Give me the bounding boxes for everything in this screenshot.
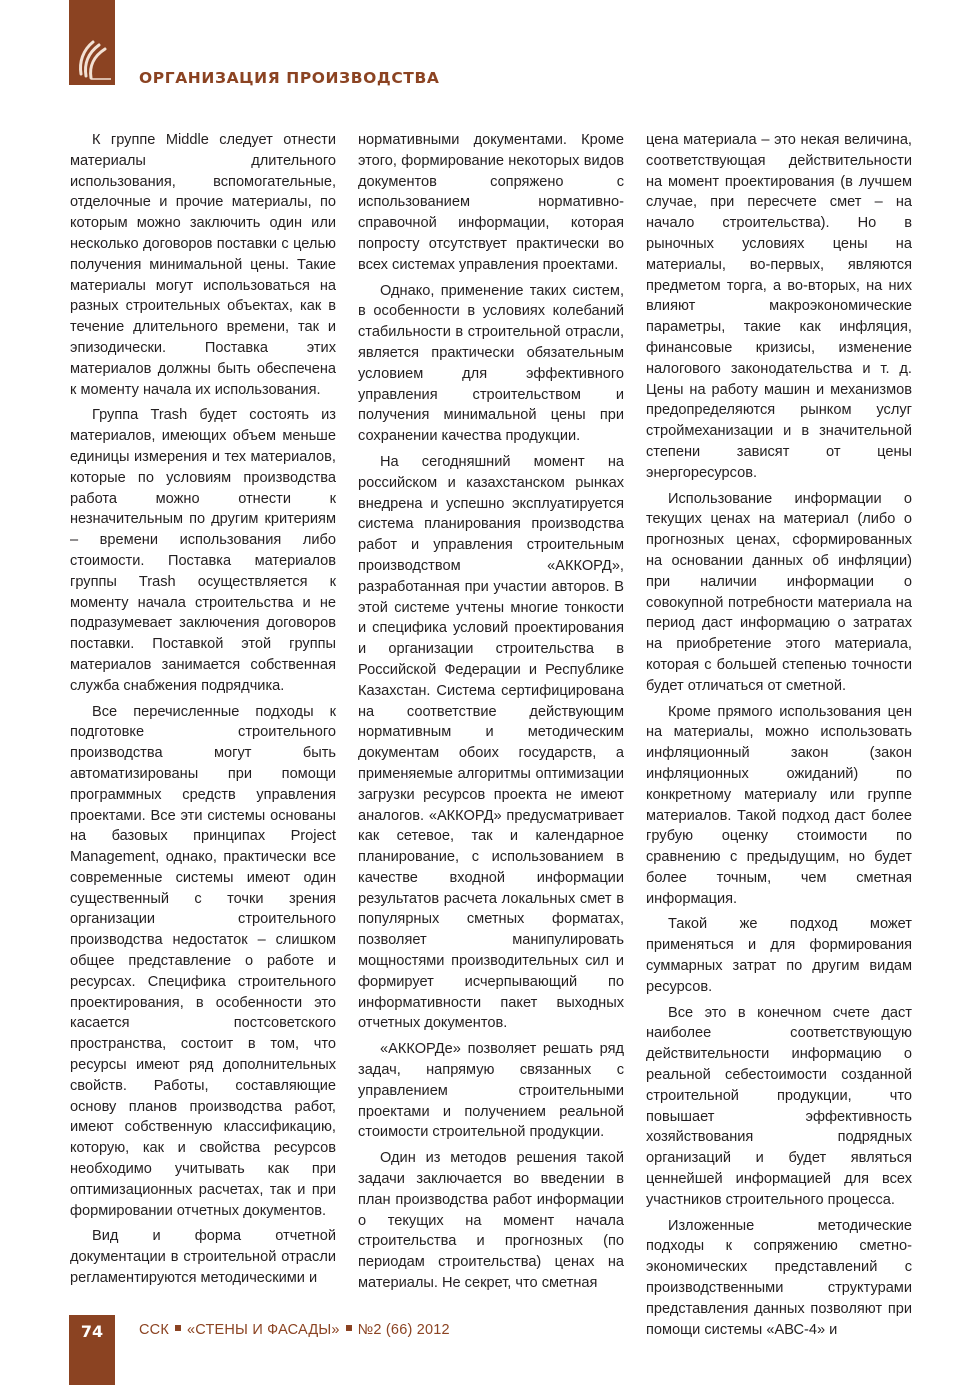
- paragraph-continued: цена материала – это некая величина, соо…: [646, 130, 912, 484]
- magazine-logo-icon: [73, 36, 115, 82]
- paragraph: Такой же подход может применяться и для …: [646, 914, 912, 997]
- square-bullet-icon: [346, 1325, 352, 1331]
- paragraph: Вид и форма отчетной документации в стро…: [70, 1226, 336, 1288]
- paragraph: К группе Middle следует отнести материал…: [70, 130, 336, 400]
- paragraph: Использование информации о текущих ценах…: [646, 489, 912, 697]
- footer-publisher: ССК: [139, 1322, 169, 1338]
- text-column-3: цена материала – это некая величина, соо…: [646, 130, 912, 1340]
- square-bullet-icon: [175, 1325, 181, 1331]
- section-title: ОРГАНИЗАЦИЯ ПРОИЗВОДСТВА: [139, 69, 440, 87]
- paragraph-continued: нормативными документами. Кроме этого, ф…: [358, 130, 624, 276]
- text-column-2: нормативными документами. Кроме этого, ф…: [358, 130, 624, 1294]
- paragraph: Кроме прямого использования цен на матер…: [646, 702, 912, 910]
- paragraph: Группа Trash будет состоять из материало…: [70, 405, 336, 696]
- text-column-1: К группе Middle следует отнести материал…: [70, 130, 336, 1289]
- footer-issue: №2 (66) 2012: [358, 1322, 450, 1338]
- page-number: 74: [69, 1322, 115, 1341]
- paragraph: Все это в конечном счете даст наиболее с…: [646, 1003, 912, 1211]
- paragraph: Однако, применение таких систем, в особе…: [358, 281, 624, 447]
- footer-publication-info: ССК«СТЕНЫ И ФАСАДЫ»№2 (66) 2012: [139, 1322, 450, 1338]
- footer-magazine-title: «СТЕНЫ И ФАСАДЫ»: [187, 1322, 340, 1338]
- paragraph: На сегодняшний момент на российском и ка…: [358, 452, 624, 1034]
- paragraph: Изложенные методические подходы к сопряж…: [646, 1216, 912, 1341]
- paragraph: «АККОРДе» позволяет решать ряд задач, на…: [358, 1039, 624, 1143]
- paragraph: Один из методов решения такой задачи зак…: [358, 1148, 624, 1294]
- paragraph: Все перечисленные подходы к подготовке с…: [70, 702, 336, 1222]
